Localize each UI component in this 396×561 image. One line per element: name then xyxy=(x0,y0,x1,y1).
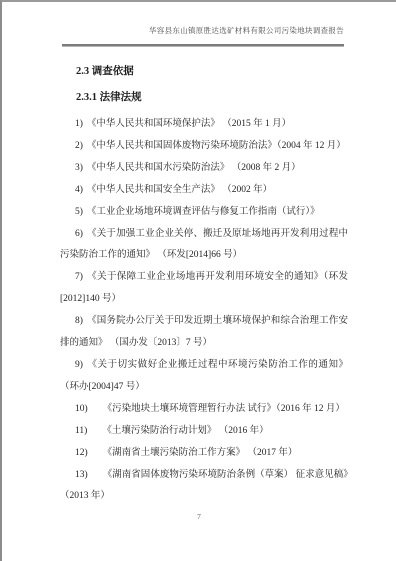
law-item: 2)《中华人民共和国固体废物污染环境防治法》（2004 年 12 月） xyxy=(60,136,348,158)
law-item-text: 《湖南省土壤污染防治工作方案》 （2017 年） xyxy=(103,448,298,458)
law-item-number: 8) xyxy=(75,311,83,333)
law-item-number: 13) xyxy=(75,465,88,487)
law-item: 10)《污染地块土壤环境管理暂行办法 试行》（2016 年 12 月） xyxy=(60,399,348,421)
law-item-number: 11) xyxy=(75,421,87,443)
law-item-text: 《关于加强工业企业关停、搬迁及原址场地再开发利用过程中污染防治工作的通知》 （环… xyxy=(60,229,348,261)
subsection-heading: 2.3.1 法律法规 xyxy=(60,90,348,106)
law-item: 4)《中华人民共和国安全生产法》 （2002 年） xyxy=(60,180,348,202)
law-item-number: 3) xyxy=(75,158,83,180)
law-item-number: 1) xyxy=(75,114,83,136)
running-header-title: 华容县东山镇原胜达选矿材料有限公司污染地块调查报告 xyxy=(62,25,344,36)
law-item-text: 《中华人民共和国固体废物污染环境防治法》（2004 年 12 月） xyxy=(87,141,346,151)
law-item-text: 《污染地块土壤环境管理暂行办法 试行》（2016 年 12 月） xyxy=(103,404,345,414)
law-item-text: 《湖南省固体废物污染环境防治条例（草案） 征求意见稿》（2013 年） xyxy=(60,470,348,502)
law-item: 8)《国务院办公厅关于印发近期土壤环境保护和综合治理工作安排的通知》 （国办发〔… xyxy=(60,311,348,355)
law-item: 3)《中华人民共和国水污染防治法》 （2008 年 2 月） xyxy=(60,158,348,180)
law-item-number: 10) xyxy=(75,399,88,421)
section-heading: 2.3 调查依据 xyxy=(60,64,348,80)
law-item: 7)《关于保障工业企业场地再开发利用环境安全的通知》（环发[2012]140 号… xyxy=(60,267,348,311)
law-item-number: 2) xyxy=(75,136,83,158)
law-item-text: 《工业企业场地环境调查评估与修复工作指南（试行）》 xyxy=(87,207,320,217)
law-item-number: 5) xyxy=(75,202,83,224)
page-number: 7 xyxy=(2,512,396,521)
law-item-text: 《关于保障工业企业场地再开发利用环境安全的通知》（环发[2012]140 号） xyxy=(60,272,348,304)
law-item-text: 《关于切实做好企业搬迁过程中环境污染防治工作的通知》（环办[2004]47 号） xyxy=(60,360,348,392)
law-item: 12)《湖南省土壤污染防治工作方案》 （2017 年） xyxy=(60,443,348,465)
law-item-text: 《土壤污染防治行动计划》 （2016 年） xyxy=(102,426,268,436)
law-item-text: 《国务院办公厅关于印发近期土壤环境保护和综合治理工作安排的通知》 （国办发〔20… xyxy=(60,316,348,348)
law-item: 5)《工业企业场地环境调查评估与修复工作指南（试行）》 xyxy=(60,202,348,224)
law-item-number: 9) xyxy=(75,355,83,377)
law-item-number: 4) xyxy=(75,180,83,202)
law-item-text: 《中华人民共和国环境保护法》 （2015 年 1 月） xyxy=(87,119,291,129)
law-item: 9)《关于切实做好企业搬迁过程中环境污染防治工作的通知》（环办[2004]47 … xyxy=(60,355,348,399)
law-item: 11)《土壤污染防治行动计划》 （2016 年） xyxy=(60,421,348,443)
law-item-number: 7) xyxy=(75,267,83,289)
header-rule xyxy=(62,44,344,47)
law-item-text: 《中华人民共和国水污染防治法》 （2008 年 2 月） xyxy=(87,163,301,173)
document-page: 华容县东山镇原胜达选矿材料有限公司污染地块调查报告 2.3 调查依据 2.3.1… xyxy=(0,0,396,561)
law-item: 6)《关于加强工业企业关停、搬迁及原址场地再开发利用过程中污染防治工作的通知》 … xyxy=(60,224,348,268)
law-item: 1)《中华人民共和国环境保护法》 （2015 年 1 月） xyxy=(60,114,348,136)
law-item: 13)《湖南省固体废物污染环境防治条例（草案） 征求意见稿》（2013 年） xyxy=(60,465,348,509)
page-content: 2.3 调查依据 2.3.1 法律法规 1)《中华人民共和国环境保护法》 （20… xyxy=(60,64,348,508)
law-item-number: 6) xyxy=(75,224,83,246)
law-item-text: 《中华人民共和国安全生产法》 （2002 年） xyxy=(87,185,272,195)
law-item-number: 12) xyxy=(75,443,88,465)
law-list: 1)《中华人民共和国环境保护法》 （2015 年 1 月） 2)《中华人民共和国… xyxy=(60,114,348,508)
